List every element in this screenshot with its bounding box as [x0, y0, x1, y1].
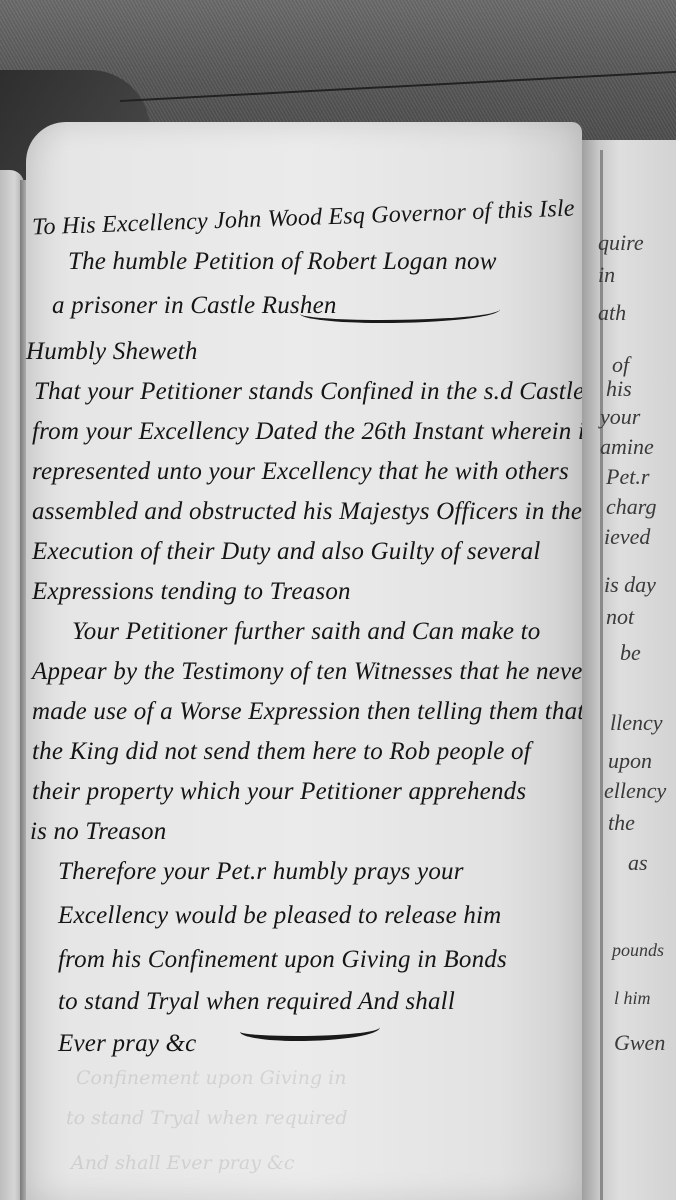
bleed-through-text: And shall Ever pray &c [71, 1152, 582, 1174]
right-page-fragment: upon [608, 748, 652, 774]
prayer-line: to stand Tryal when required And shall [58, 988, 455, 1016]
body-line: Your Petitioner further saith and Can ma… [72, 618, 541, 646]
petition-title-continued: a prisoner in Castle Rushen [52, 292, 337, 320]
right-page-fragment: of [612, 352, 629, 378]
right-page-fragment: as [628, 850, 648, 876]
right-page-fragment: charg [606, 494, 657, 520]
right-page-fragment: the [608, 810, 635, 836]
prayer-line: Excellency would be pleased to release h… [58, 902, 501, 930]
right-page-fragment: amine [600, 434, 654, 460]
bleed-through-text: to stand Tryal when required [66, 1107, 582, 1129]
prayer-line: from his Confinement upon Giving in Bond… [58, 946, 507, 974]
body-line: is no Treason [30, 818, 166, 846]
right-page-fragment: l him [614, 988, 651, 1009]
right-page-fragment: not [606, 604, 634, 630]
right-page-fragment: your [600, 404, 640, 430]
bleed-through-text: Confinement upon Giving in [76, 1067, 582, 1089]
right-page-fragment: is day [604, 572, 656, 598]
right-page-fragment: quire [598, 230, 644, 256]
body-line: Appear by the Testimony of ten Witnesses… [32, 658, 592, 686]
body-line: That your Petitioner stands Confined in … [34, 378, 676, 406]
right-page-fragment: his [606, 376, 632, 402]
body-line: represented unto your Excellency that he… [32, 458, 569, 486]
body-line: from your Excellency Dated the 26th Inst… [32, 418, 616, 446]
prayer-line: Therefore your Pet.r humbly prays your [58, 858, 464, 886]
right-page-fragment: ellency [604, 778, 666, 804]
body-line: made use of a Worse Expression then tell… [32, 698, 584, 726]
body-line: their property which your Petitioner app… [32, 778, 526, 806]
salutation: Humbly Sheweth [26, 338, 198, 366]
body-line: Execution of their Duty and also Guilty … [32, 538, 541, 566]
body-line: assembled and obstructed his Majestys Of… [32, 498, 582, 526]
right-page-fragment: ath [598, 300, 626, 326]
petition-title: The humble Petition of Robert Logan now [68, 248, 497, 276]
right-page-fragment: Pet.r [606, 464, 649, 490]
right-page-fragment: in [598, 262, 615, 288]
right-page-fragment: llency [610, 710, 663, 736]
right-page-fragment: ieved [604, 524, 650, 550]
right-page-fragment: Gwen [614, 1030, 665, 1056]
right-page-fragment: be [620, 640, 641, 666]
body-line: the King did not send them here to Rob p… [32, 738, 531, 766]
right-page-fragment: pounds [612, 940, 664, 961]
prayer-line: Ever pray &c [58, 1030, 196, 1058]
body-line: Expressions tending to Treason [32, 578, 351, 606]
